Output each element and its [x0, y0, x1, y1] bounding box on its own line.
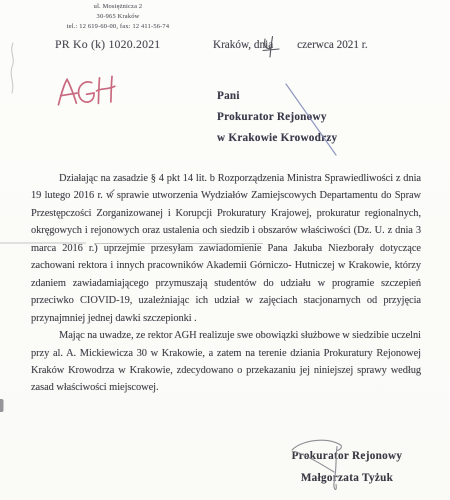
addressee-location: w Krakowie Krowodrzy: [217, 128, 337, 149]
sender-city: 30-965 Kraków: [56, 12, 180, 22]
case-reference-number: PR Ko (k) 1020.2021: [55, 37, 160, 52]
addressee-salutation: Pani: [217, 86, 337, 107]
sender-phone-fax: tel.: 12 619-60-00, fax: 12 411-56-74: [56, 22, 180, 32]
sender-street: ul. Mosiężnicza 2: [56, 2, 180, 12]
scanned-letter-page: ul. Mosiężnicza 2 30-965 Kraków tel.: 12…: [0, 0, 450, 500]
signatory-name: Małgorzata Tyżuk: [268, 468, 426, 490]
date-line: Kraków, dnia czerwca 2021 r.: [213, 39, 368, 51]
addressee-block: Pani Prokurator Rejonowy w Krakowie Krow…: [217, 86, 337, 148]
date-day-slot: [273, 39, 297, 51]
addressee-title: Prokurator Rejonowy: [217, 107, 337, 128]
letter-body: Działając na zasadzie § 4 pkt 14 lit. b …: [31, 170, 421, 397]
signatory-title: Prokurator Rejonowy: [268, 446, 426, 468]
signature-block: Prokurator Rejonowy Małgorzata Tyżuk: [268, 446, 426, 490]
date-suffix: czerwca 2021 r.: [297, 39, 368, 51]
body-paragraph-1: Działając na zasadzie § 4 pkt 14 lit. b …: [31, 170, 421, 327]
handwritten-agh-annotation: [58, 76, 116, 104]
margin-pen-squiggle: [11, 43, 13, 93]
body-paragraph-2: Mając na uwadze, ze rektor AGH realizuje…: [31, 327, 421, 397]
sender-address-block: ul. Mosiężnicza 2 30-965 Kraków tel.: 12…: [56, 2, 180, 31]
date-prefix: Kraków, dnia: [213, 39, 273, 51]
